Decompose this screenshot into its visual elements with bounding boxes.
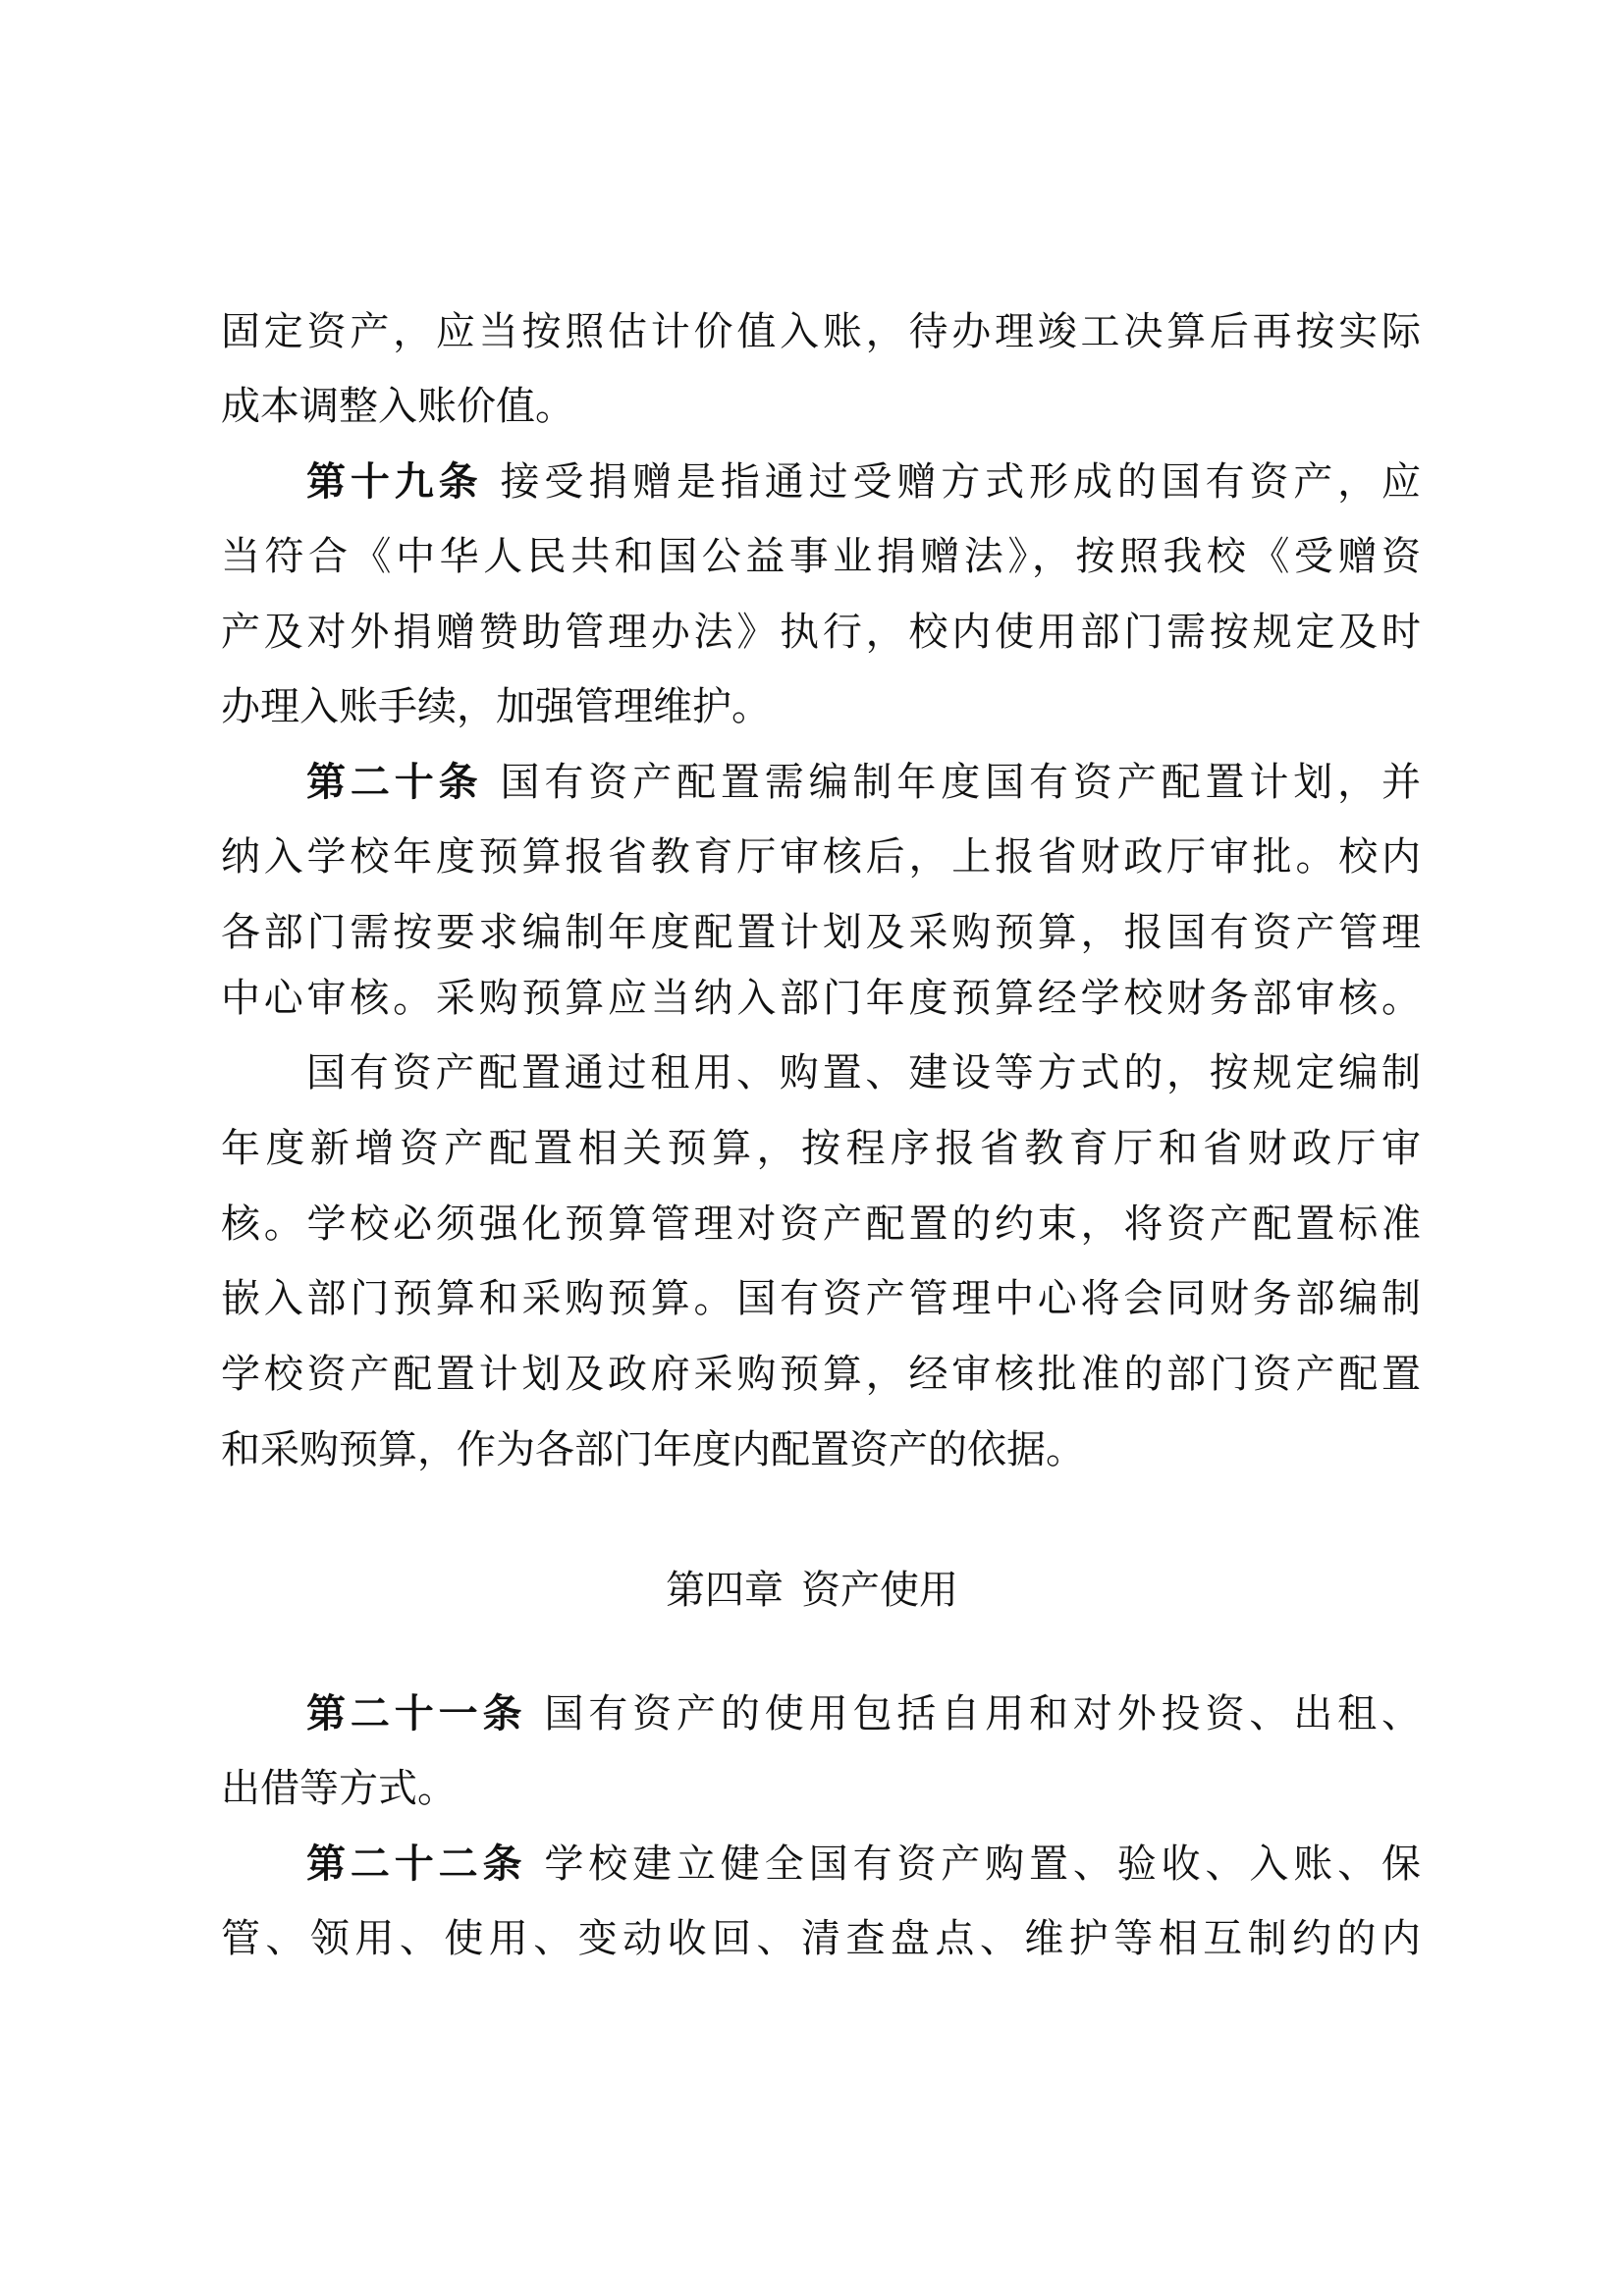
- article-22-first-line: 第二十二条学校建立健全国有资产购置、验收、入账、保: [306, 1827, 1421, 1901]
- paragraph-line: 固定资产，应当按照估计价值入账，待办理竣工决算后再按实际: [221, 294, 1421, 369]
- article-text: 接受捐赠是指通过受赠方式形成的国有资产，应: [501, 459, 1422, 505]
- article-21-first-line: 第二十一条国有资产的使用包括自用和对外投资、出租、: [306, 1677, 1421, 1751]
- article-19-first-line: 第十九条接受捐赠是指通过受赠方式形成的国有资产，应: [306, 445, 1421, 519]
- paragraph-line: 出借等方式。: [221, 1751, 1421, 1826]
- paragraph-line: 当符合《中华人民共和国公益事业捐赠法》，按照我校《受赠资: [221, 519, 1421, 594]
- paragraph-line: 和采购预算，作为各部门年度内配置资产的依据。: [221, 1413, 1421, 1487]
- chapter-title: 资产使用: [801, 1568, 958, 1613]
- paragraph-first-line: 国有资产配置通过租用、购置、建设等方式的，按规定编制: [306, 1036, 1421, 1110]
- article-number: 第十九条: [306, 459, 483, 505]
- article-text: 国有资产配置需编制年度国有资产配置计划，并: [501, 760, 1422, 805]
- document-page: 固定资产，应当按照估计价值入账，待办理竣工决算后再按实际 成本调整入账价值。 第…: [0, 0, 1624, 2296]
- paragraph-line: 学校资产配置计划及政府采购预算，经审核批准的部门资产配置: [221, 1337, 1421, 1412]
- article-number: 第二十条: [306, 760, 483, 805]
- paragraph-line: 核。学校必须强化预算管理对资产配置的约束，将资产配置标准: [221, 1187, 1421, 1261]
- paragraph-line: 各部门需按要求编制年度配置计划及采购预算，报国有资产管理: [221, 895, 1421, 970]
- paragraph-line: 中心审核。采购预算应当纳入部门年度预算经学校财务部审核。: [221, 961, 1421, 1036]
- article-number: 第二十二条: [306, 1842, 526, 1887]
- article-text: 学校建立健全国有资产购置、验收、入账、保: [544, 1842, 1421, 1887]
- article-text: 国有资产的使用包括自用和对外投资、出租、: [544, 1691, 1421, 1736]
- paragraph-line: 嵌入部门预算和采购预算。国有资产管理中心将会同财务部编制: [221, 1261, 1421, 1336]
- article-number: 第二十一条: [306, 1691, 526, 1736]
- paragraph-line: 产及对外捐赠赞助管理办法》执行，校内使用部门需按规定及时: [221, 595, 1421, 669]
- paragraph-line: 成本调整入账价值。: [221, 369, 1421, 444]
- chapter-heading: 第四章资产使用: [0, 1553, 1624, 1628]
- paragraph-line: 纳入学校年度预算报省教育厅审核后，上报省财政厅审批。校内: [221, 820, 1421, 894]
- paragraph-line: 管、领用、使用、变动收回、清查盘点、维护等相互制约的内: [221, 1901, 1421, 1976]
- article-20-first-line: 第二十条国有资产配置需编制年度国有资产配置计划，并: [306, 745, 1421, 820]
- paragraph-line: 年度新增资产配置相关预算，按程序报省教育厅和省财政厅审: [221, 1111, 1421, 1186]
- chapter-number: 第四章: [666, 1568, 784, 1613]
- paragraph-line: 办理入账手续，加强管理维护。: [221, 669, 1421, 744]
